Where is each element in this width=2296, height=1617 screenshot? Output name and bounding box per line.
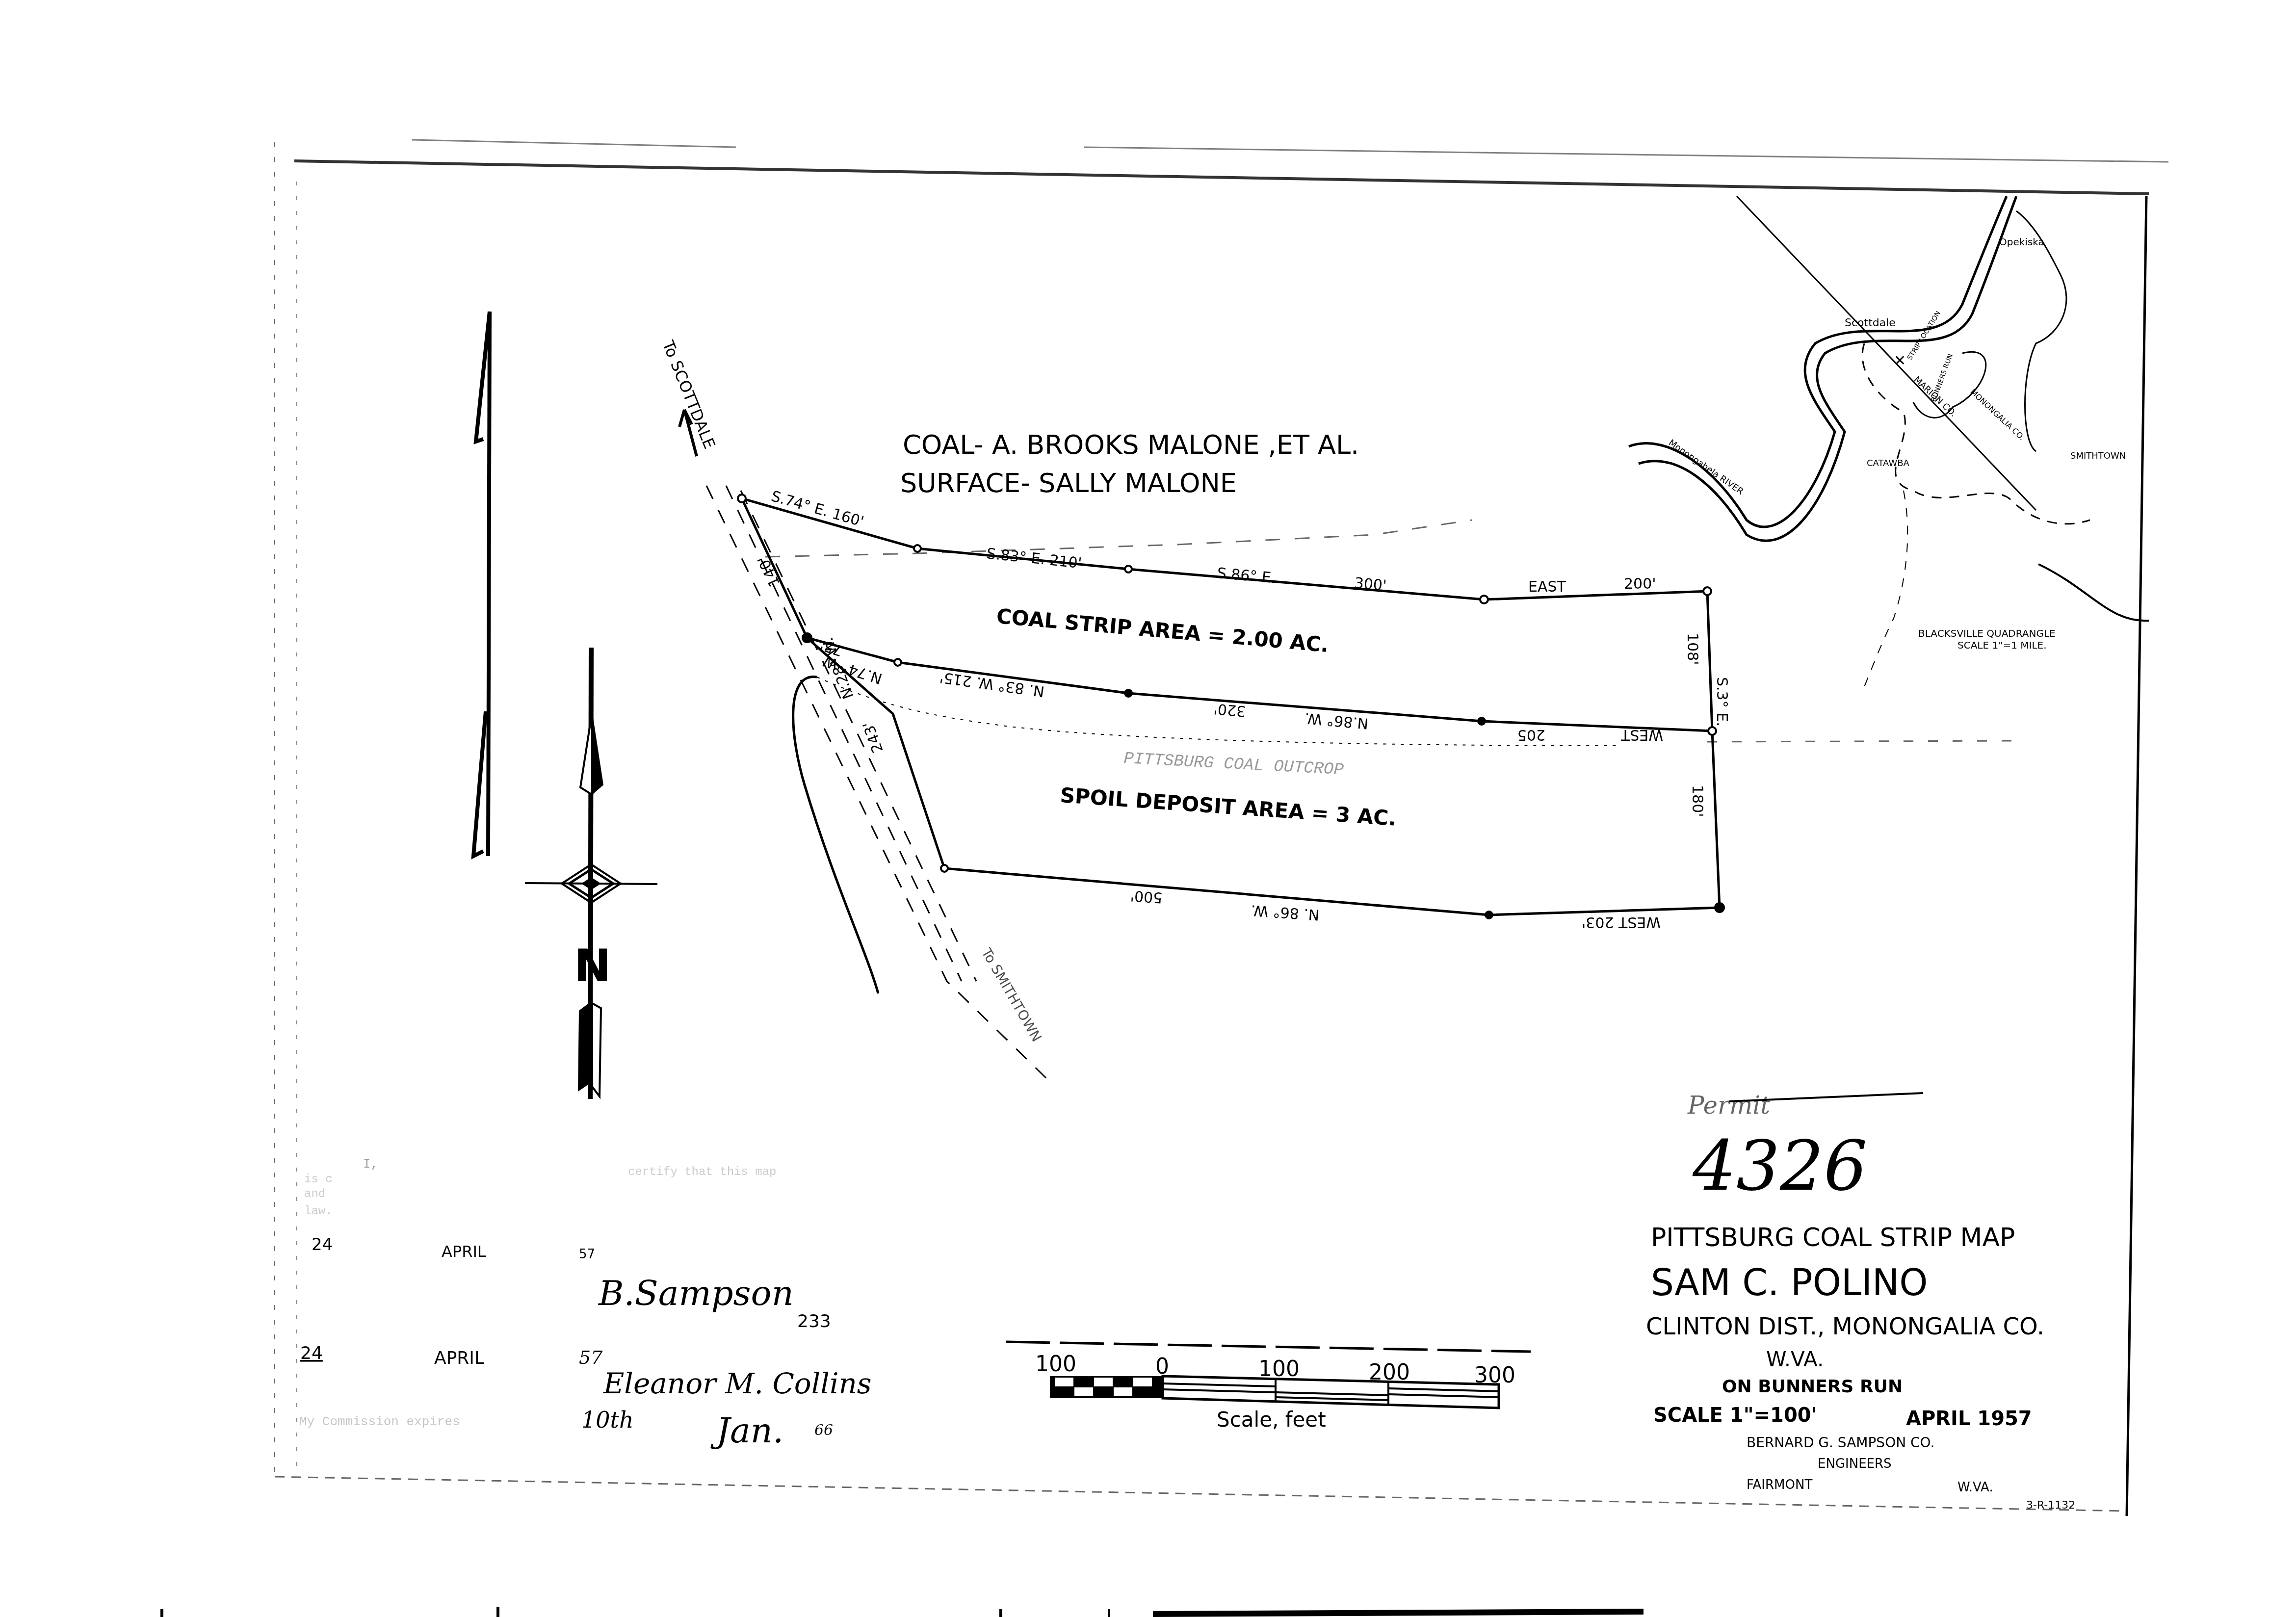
location-inset-map xyxy=(1629,196,2149,687)
to-scottdale-label: To SCOTTDALE xyxy=(658,338,719,451)
svg-text:500': 500' xyxy=(1130,887,1163,906)
svg-text:100: 100 xyxy=(1035,1352,1076,1377)
title-block: Permit 4326 PITTSBURG COAL STRIP MAP SAM… xyxy=(1646,1091,2075,1512)
svg-text:Permit: Permit xyxy=(1687,1091,1771,1120)
map-title: PITTSBURG COAL STRIP MAP xyxy=(1651,1223,2015,1252)
drawing-number: 3-R-1132 xyxy=(2026,1499,2075,1512)
svg-text:57: 57 xyxy=(579,1247,595,1262)
district-label: CLINTON DIST., MONONGALIA CO. xyxy=(1646,1313,2044,1340)
monongalia-co-label: MONONGALIA CO. xyxy=(1968,387,2026,442)
svg-text:57: 57 xyxy=(579,1347,603,1368)
svg-text:law.: law. xyxy=(304,1205,333,1218)
svg-text:200: 200 xyxy=(1369,1360,1410,1385)
certification-block: I, certify that this map is c and law. 2… xyxy=(299,1157,872,1451)
place-opekiska: Opekiska xyxy=(1999,236,2044,248)
place-scottdale: Scottdale xyxy=(1845,317,1896,329)
place-catawba: CATAWBA xyxy=(1867,458,1910,469)
spoil-deposit-area-label: SPOIL DEPOSIT AREA = 3 AC. xyxy=(1059,783,1397,831)
svg-text:205: 205 xyxy=(1517,726,1545,743)
svg-text:EAST: EAST xyxy=(1528,578,1566,596)
svg-text:certify that this map: certify that this map xyxy=(628,1166,776,1179)
place-smithtown: SMITHTOWN xyxy=(2070,451,2126,461)
svg-text:300': 300' xyxy=(1354,574,1387,595)
north-letter: N xyxy=(574,940,611,992)
svg-text:APRIL: APRIL xyxy=(434,1348,484,1368)
svg-text:24: 24 xyxy=(312,1235,333,1254)
svg-text:FAIRMONT: FAIRMONT xyxy=(1747,1478,1812,1492)
svg-text:BERNARD G. SAMPSON CO.: BERNARD G. SAMPSON CO. xyxy=(1747,1434,1934,1451)
svg-text:ENGINEERS: ENGINEERS xyxy=(1818,1457,1892,1471)
marion-co-label: MARION CO. xyxy=(1912,374,1958,419)
sheet-border xyxy=(275,140,2168,1516)
svg-text:and: and xyxy=(304,1188,325,1201)
north-arrow-icon xyxy=(525,648,657,1099)
permit-number: 4326 xyxy=(1692,1126,1867,1206)
quadrangle-scale: SCALE 1"=1 MILE. xyxy=(1957,639,2047,651)
svg-text:WEST 203': WEST 203' xyxy=(1582,913,1661,931)
scale-bar-caption: Scale, feet xyxy=(1217,1408,1326,1432)
svg-text:0: 0 xyxy=(1155,1354,1169,1379)
strip-location-marker-icon: ✕ xyxy=(1894,352,1906,369)
svg-text:APRIL 1957: APRIL 1957 xyxy=(1906,1408,2032,1430)
svg-text:320': 320' xyxy=(1213,700,1246,720)
svg-text:N. 83° W. 215': N. 83° W. 215' xyxy=(939,668,1045,700)
svg-text:10th: 10th xyxy=(581,1407,634,1433)
quadrangle-title: BLACKSVILLE QUADRANGLE xyxy=(1918,627,2056,639)
outcrop-label: PITTSBURG COAL OUTCROP xyxy=(1123,750,1344,780)
needle-arrow-icon xyxy=(473,312,490,856)
svg-text:180': 180' xyxy=(1689,785,1706,817)
svg-text:243': 243' xyxy=(860,719,887,756)
svg-text:is c: is c xyxy=(304,1173,333,1186)
svg-text:S.86° E.: S.86° E. xyxy=(1216,565,1276,587)
svg-text:W.VA.: W.VA. xyxy=(1766,1347,1824,1371)
svg-text:233: 233 xyxy=(797,1311,831,1331)
bearing-labels: S.74° E. 160' S.83° E. 210' S.86° E. 300… xyxy=(755,488,1730,931)
surface-owner-label: SURFACE- SALLY MALONE xyxy=(900,468,1237,498)
coal-owner-label: COAL- A. BROOKS MALONE ,ET AL. xyxy=(903,429,1359,460)
svg-text:W.VA.: W.VA. xyxy=(1957,1480,1993,1495)
svg-text:S.3° E.: S.3° E. xyxy=(1713,677,1730,727)
svg-text:Eleanor M. Collins: Eleanor M. Collins xyxy=(603,1367,872,1400)
svg-text:APRIL: APRIL xyxy=(442,1242,486,1261)
svg-text:Jan.: Jan. xyxy=(710,1410,783,1451)
operator-name: SAM C. POLINO xyxy=(1651,1262,1928,1304)
svg-text:I,: I, xyxy=(363,1157,378,1172)
svg-text:300: 300 xyxy=(1474,1363,1515,1388)
svg-text:108': 108' xyxy=(1684,633,1701,665)
scan-edge-artifacts xyxy=(162,1607,1644,1617)
survey-map-sheet: N COAL- A. BROOKS MALONE ,ET AL. SURFACE… xyxy=(0,0,2296,1617)
svg-text:N. 86° W.: N. 86° W. xyxy=(1250,901,1320,923)
svg-text:75': 75' xyxy=(818,636,845,659)
svg-text:66: 66 xyxy=(814,1422,833,1439)
svg-text:200': 200' xyxy=(1624,575,1656,593)
coal-strip-area-label: COAL STRIP AREA = 2.00 AC. xyxy=(995,604,1330,657)
svg-text:WEST: WEST xyxy=(1620,726,1663,743)
old-boundary-line xyxy=(765,520,1472,557)
svg-text:B.Sampson: B.Sampson xyxy=(598,1273,794,1313)
svg-text:24: 24 xyxy=(300,1343,323,1363)
strip-location-label: STRIP LOCATION xyxy=(1906,310,1942,362)
svg-text:SCALE 1"=100': SCALE 1"=100' xyxy=(1653,1404,1817,1427)
svg-text:ON BUNNERS RUN: ON BUNNERS RUN xyxy=(1722,1377,1903,1397)
to-smithtown-label: To SMITHTOWN xyxy=(978,945,1044,1044)
svg-text:100: 100 xyxy=(1258,1356,1300,1382)
svg-text:My Commission expires: My Commission expires xyxy=(299,1414,460,1429)
